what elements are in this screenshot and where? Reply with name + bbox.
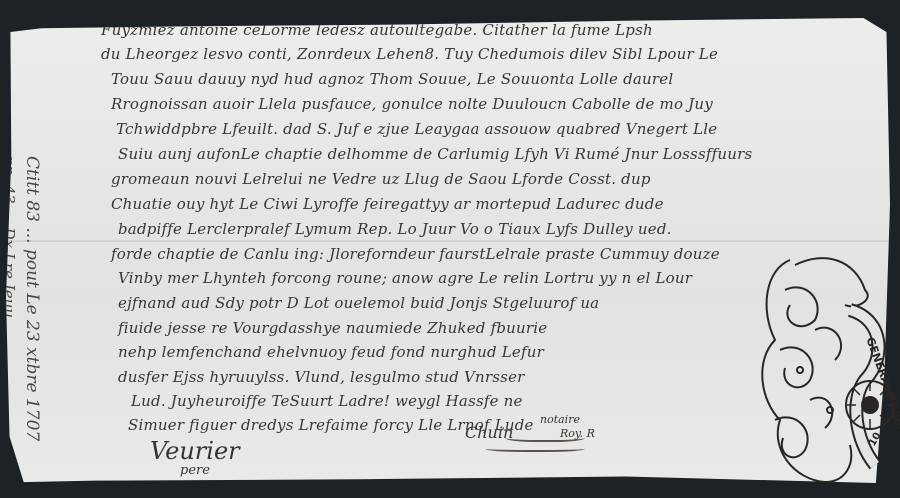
text-line-15: dusfer Ejss hyruuylss. Vlund, lesgulmo s… — [118, 368, 525, 386]
margin-note-line-2: pp. 43 ... Dx Lre Jeuu — [0, 156, 18, 486]
text-line-13: fiuide jesse re Vourgdasshye naumiede Zh… — [118, 319, 547, 337]
signature-flourish-2 — [485, 444, 585, 452]
signature-veurier: Veurier — [150, 437, 240, 465]
text-line-3: Touu Sauu dauuy nyd hud agnoz Thom Souue… — [111, 70, 673, 88]
text-line-14: nehp lemfenchand ehelvnuoy feud fond nur… — [118, 343, 544, 361]
text-line-10: forde chaptie de Canlu ing: Jloreforndeu… — [111, 245, 720, 263]
text-line-6: Suiu aunj aufonLe chaptie delhomme de Ca… — [118, 145, 752, 163]
tax-stamp: GENERALITE DE LYON BAIL DE 10 — [755, 250, 900, 490]
text-line-11: Vinby mer Lhynteh forcong roune; anow ag… — [118, 269, 692, 287]
signature-veurier-subtitle: pere — [180, 463, 210, 478]
stamp-text-bail: BAIL DE — [881, 382, 900, 428]
margin-note-line-1: Ctitt 83 ... pout Le 23 xtbre 1707 — [22, 156, 42, 441]
text-line-1: Fuyzmiez antoine ceLorme ledesz autoulte… — [101, 21, 653, 39]
text-line-9: badpiffe Lerclerpralef Lymum Rep. Lo Juu… — [118, 220, 672, 238]
text-line-2: du Lheorgez lesvo conti, Zonrdeux Lehen8… — [101, 45, 718, 63]
text-line-12: ejfnand aud Sdy potr D Lot ouelemol buid… — [118, 294, 599, 312]
text-line-16: Lud. Juyheuroiffe TeSuurt Ladre! weygl H… — [131, 392, 523, 410]
margin-note: Ctitt 83 ... pout Le 23 xtbre 1707 pp. 4… — [0, 156, 42, 486]
text-line-8: Chuatie ouy hyt Le Ciwi Lyroffe feiregat… — [111, 195, 664, 213]
stamp-seal-icon: GENERALITE DE LYON BAIL DE 10 — [755, 250, 900, 490]
signature-flourish — [505, 432, 585, 442]
text-line-7: gromeaun nouvi Lelrelui ne Vedre uz Llug… — [111, 170, 651, 188]
text-line-5: Tchwiddpbre Lfeuilt. dad S. Juf e zjue L… — [116, 120, 717, 138]
signature-notary-title: notaire — [540, 413, 580, 426]
text-line-4: Rrognoissan auoir Llela pusfauce, gonulc… — [111, 95, 713, 113]
